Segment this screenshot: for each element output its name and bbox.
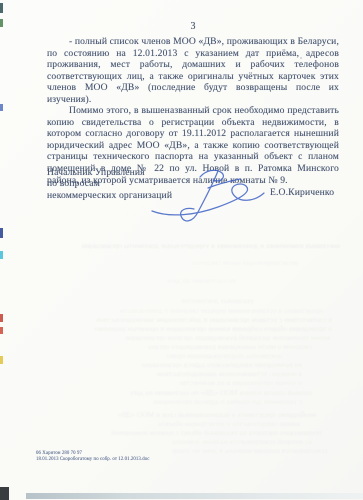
scan-bottom-bar-artifact <box>26 493 363 499</box>
bleedthrough-text: на размещение юридического адреса органи… <box>100 360 302 368</box>
paragraph-list-requirements: - полный список членов МОО «ДВ», прожива… <box>47 36 339 105</box>
scan-edge-mark <box>0 228 3 238</box>
page-number: 3 <box>47 21 339 32</box>
bleedthrough-text: сведения о месте нахождения руководящего… <box>110 342 312 350</box>
bleedthrough-text: с указанием дат приёма и адресов прожива… <box>112 397 302 405</box>
bleedthrough-text: представить в установленном порядке свед… <box>118 306 323 314</box>
handwritten-signature <box>148 166 268 222</box>
bleedthrough-text: копии протоколов заседаний руководящих о… <box>100 333 330 341</box>
bleedthrough-text: технического паспорта на указанный объек… <box>100 428 322 436</box>
scan-corner-artifact <box>0 487 9 500</box>
scanned-letter-page: 3 - полный список членов МОО «ДВ», прожи… <box>0 0 363 500</box>
bleedthrough-text: документы, подтверждающие право <box>120 351 282 359</box>
scan-edge-mark <box>0 3 3 13</box>
bleedthrough-text: в порядке, установленном законодательств… <box>110 369 302 377</box>
bleedthrough-text: из которой усматривается наличие комнаты <box>110 437 312 445</box>
file-reference-line: 18.01.2013 Скоробогатому по собр. от 12.… <box>36 457 149 463</box>
bleedthrough-text: по состоянию на дату <box>150 276 236 284</box>
bleedthrough-text: в соответствии с уставом организации и д… <box>96 315 332 323</box>
bleedthrough-text: усматривается наличие комнаты в доме по … <box>128 446 328 454</box>
paper-speck <box>90 120 92 122</box>
bleedthrough-text: регистрирующий орган сведения <box>178 258 298 266</box>
letter-body: - полный список членов МОО «ДВ», прожива… <box>47 36 339 186</box>
executor-footnote: 06 Харитон 280 70 97 18.01.2013 Скоробог… <box>36 451 149 463</box>
paper-speck <box>300 57 302 59</box>
bleedthrough-text: указанных документов <box>158 296 254 304</box>
bleedthrough-text: полный список членов МОО «ДВ» по состоян… <box>100 388 312 396</box>
bleedthrough-text: необходимо представить в вышеназванный с… <box>100 410 316 418</box>
scan-edge-mark <box>0 327 3 334</box>
scan-edge-mark <box>0 314 3 322</box>
bleedthrough-text: о членах организации и их количестве <box>120 378 302 386</box>
scan-edge-mark <box>0 104 3 111</box>
scan-edge-mark <box>0 19 3 27</box>
bleedthrough-text: о проведении общего собрания членов орга… <box>90 324 332 332</box>
signer-name: Е.О.Кириченко <box>270 187 334 198</box>
scan-edge-mark <box>0 251 3 259</box>
bleedthrough-text: внесенных изменениях и дополнениях в учр… <box>68 241 340 249</box>
scan-edge-mark <box>0 356 3 364</box>
bleedthrough-text: копию свидетельства о регистрации объект… <box>118 419 300 427</box>
